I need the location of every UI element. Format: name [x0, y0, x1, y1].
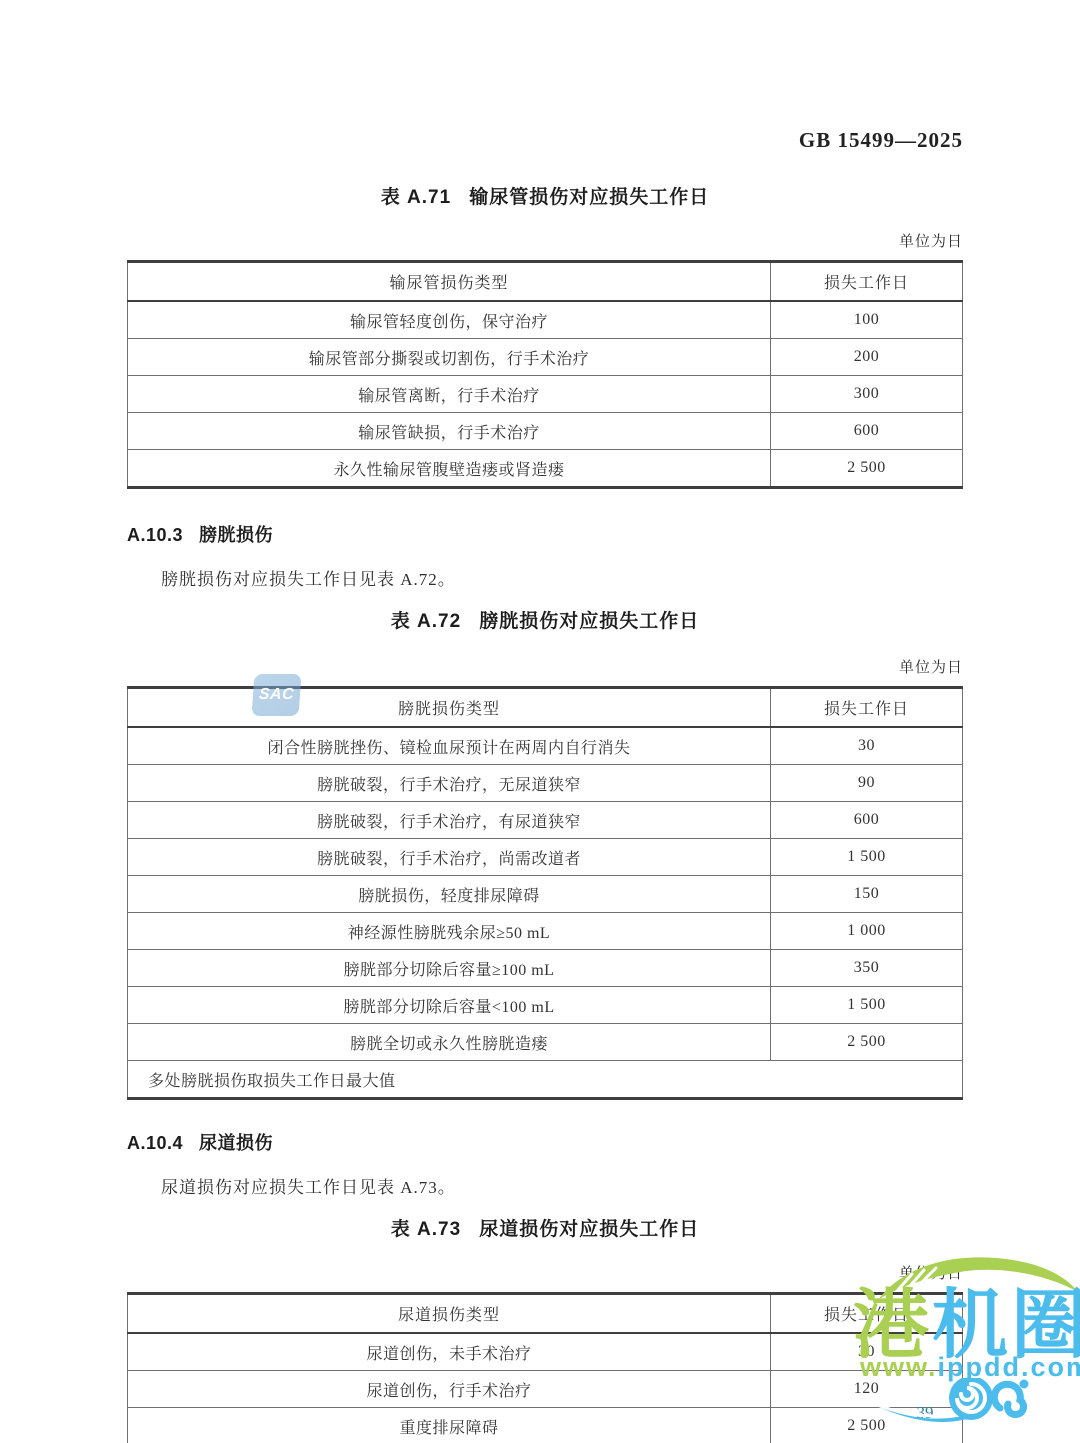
table-row: 膀胱破裂，行手术治疗，无尿道狭窄90	[128, 765, 963, 802]
loss-days-cell: 1 000	[770, 913, 962, 950]
table-row: 闭合性膀胱挫伤、镜检血尿预计在两周内自行消失30	[128, 727, 963, 765]
table-row: 尿道创伤，未手术治疗30	[128, 1333, 963, 1371]
table-a71: 输尿管损伤类型损失工作日 输尿管轻度创伤，保守治疗100输尿管部分撕裂或切割伤，…	[127, 260, 963, 489]
loss-days-cell: 30	[770, 1333, 962, 1371]
injury-type-cell: 输尿管部分撕裂或切割伤，行手术治疗	[128, 339, 771, 376]
table-row: 输尿管轻度创伤，保守治疗100	[128, 301, 963, 339]
injury-type-cell: 膀胱部分切除后容量<100 mL	[128, 987, 771, 1024]
page-content: GB 15499—2025 表 A.71输尿管损伤对应损失工作日 单位为日 输尿…	[0, 128, 1080, 1443]
injury-type-cell: 膀胱损伤，轻度排尿障碍	[128, 876, 771, 913]
table-row: 输尿管缺损，行手术治疗600	[128, 413, 963, 450]
table-row: 膀胱全切或永久性膀胱造瘘2 500	[128, 1024, 963, 1061]
injury-type-cell: 膀胱破裂，行手术治疗，尚需改道者	[128, 839, 771, 876]
table-row: 尿道创伤，行手术治疗120	[128, 1371, 963, 1408]
injury-type-cell: 尿道创伤，行手术治疗	[128, 1371, 771, 1408]
unit-note-a71: 单位为日	[127, 232, 963, 252]
loss-days-cell: 300	[770, 376, 962, 413]
table-a72-name: 膀胱损伤对应损失工作日	[479, 611, 699, 632]
loss-days-cell: 150	[770, 876, 962, 913]
table-row: 膀胱损伤，轻度排尿障碍150	[128, 876, 963, 913]
table-row: 重度排尿障碍2 500	[128, 1408, 963, 1443]
table-row: 输尿管离断，行手术治疗300	[128, 376, 963, 413]
standard-code: GB 15499—2025	[127, 128, 963, 152]
loss-days-cell: 90	[770, 765, 962, 802]
table-a73: 尿道损伤类型损失工作日 尿道创伤，未手术治疗30尿道创伤，行手术治疗120重度排…	[127, 1292, 963, 1443]
table-a71-name: 输尿管损伤对应损失工作日	[469, 187, 709, 208]
loss-days-cell: 2 500	[770, 450, 962, 488]
unit-note-a72: 单位为日	[127, 658, 963, 678]
injury-type-cell: 闭合性膀胱挫伤、镜检血尿预计在两周内自行消失	[128, 727, 771, 765]
injury-type-cell: 输尿管离断，行手术治疗	[128, 376, 771, 413]
injury-type-cell: 输尿管缺损，行手术治疗	[128, 413, 771, 450]
column-header-loss-days: 损失工作日	[770, 688, 962, 728]
table-row: 永久性输尿管腹壁造瘘或肾造瘘2 500	[128, 450, 963, 488]
table-footer-row: 多处膀胱损伤取损失工作日最大值	[128, 1061, 963, 1099]
column-header-loss-days: 损失工作日	[770, 1294, 962, 1334]
table-a71-label: 表 A.71	[381, 187, 451, 208]
injury-type-cell: 膀胱部分切除后容量≥100 mL	[128, 950, 771, 987]
loss-days-cell: 600	[770, 413, 962, 450]
loss-days-cell: 100	[770, 301, 962, 339]
loss-days-cell: 30	[770, 727, 962, 765]
injury-type-cell: 尿道创伤，未手术治疗	[128, 1333, 771, 1371]
column-header-loss-days: 损失工作日	[770, 262, 962, 302]
table-a72-title: 表 A.72膀胱损伤对应损失工作日	[127, 610, 963, 634]
table-footer-note: 多处膀胱损伤取损失工作日最大值	[128, 1061, 963, 1099]
section-a104-number: A.10.4	[127, 1133, 183, 1153]
section-a104-paragraph: 尿道损伤对应损失工作日见表 A.73。	[127, 1176, 963, 1200]
table-header-row: 输尿管损伤类型损失工作日	[128, 262, 963, 302]
injury-type-cell: 永久性输尿管腹壁造瘘或肾造瘘	[128, 450, 771, 488]
table-a73-label: 表 A.73	[391, 1219, 461, 1240]
sac-watermark-logo: SAC	[252, 674, 302, 716]
injury-type-cell: 输尿管轻度创伤，保守治疗	[128, 301, 771, 339]
loss-days-cell: 200	[770, 339, 962, 376]
column-header-injury-type: 尿道损伤类型	[128, 1294, 771, 1334]
table-a73-name: 尿道损伤对应损失工作日	[479, 1219, 699, 1240]
document-page: GB 15499—2025 表 A.71输尿管损伤对应损失工作日 单位为日 输尿…	[0, 0, 1080, 1443]
loss-days-cell: 1 500	[770, 839, 962, 876]
loss-days-cell: 2 500	[770, 1024, 962, 1061]
table-a71-title: 表 A.71输尿管损伤对应损失工作日	[127, 186, 963, 210]
loss-days-cell: 350	[770, 950, 962, 987]
unit-note-a73: 单位为日	[127, 1264, 963, 1284]
loss-days-cell: 600	[770, 802, 962, 839]
section-a104-title: 尿道损伤	[199, 1133, 273, 1153]
column-header-injury-type: 膀胱损伤类型	[128, 688, 771, 728]
table-a72: 膀胱损伤类型损失工作日 闭合性膀胱挫伤、镜检血尿预计在两周内自行消失30膀胱破裂…	[127, 686, 963, 1100]
loss-days-cell: 120	[770, 1371, 962, 1408]
table-row: 膀胱破裂，行手术治疗，有尿道狭窄600	[128, 802, 963, 839]
section-a104-heading: A.10.4尿道损伤	[127, 1131, 963, 1155]
section-a103-paragraph: 膀胱损伤对应损失工作日见表 A.72。	[127, 568, 963, 592]
injury-type-cell: 膀胱破裂，行手术治疗，有尿道狭窄	[128, 802, 771, 839]
injury-type-cell: 膀胱全切或永久性膀胱造瘘	[128, 1024, 771, 1061]
page-number: 39	[903, 1403, 947, 1423]
table-a73-title: 表 A.73尿道损伤对应损失工作日	[127, 1218, 963, 1242]
section-a103-number: A.10.3	[127, 525, 183, 545]
injury-type-cell: 重度排尿障碍	[128, 1408, 771, 1443]
table-row: 膀胱部分切除后容量<100 mL1 500	[128, 987, 963, 1024]
table-row: 神经源性膀胱残余尿≥50 mL1 000	[128, 913, 963, 950]
table-row: 膀胱部分切除后容量≥100 mL350	[128, 950, 963, 987]
loss-days-cell: 1 500	[770, 987, 962, 1024]
table-row: 膀胱破裂，行手术治疗，尚需改道者1 500	[128, 839, 963, 876]
injury-type-cell: 神经源性膀胱残余尿≥50 mL	[128, 913, 771, 950]
section-a103-title: 膀胱损伤	[199, 525, 273, 545]
section-a103-heading: A.10.3膀胱损伤	[127, 523, 963, 547]
table-header-row: 尿道损伤类型损失工作日	[128, 1294, 963, 1334]
table-row: 输尿管部分撕裂或切割伤，行手术治疗200	[128, 339, 963, 376]
column-header-injury-type: 输尿管损伤类型	[128, 262, 771, 302]
table-a72-label: 表 A.72	[391, 611, 461, 632]
injury-type-cell: 膀胱破裂，行手术治疗，无尿道狭窄	[128, 765, 771, 802]
